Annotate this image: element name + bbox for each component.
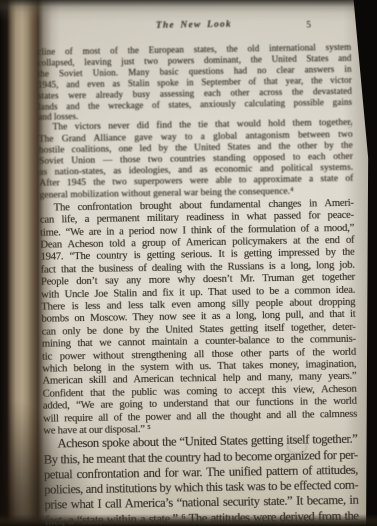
book-page-photo: The New Look 5 cline of most of the Euro…: [0, 0, 377, 526]
paragraph: The victors never did find the tie that …: [38, 118, 353, 201]
pencil-mark: 3: [348, 120, 353, 130]
page-content: The New Look 5 cline of most of the Euro…: [37, 18, 359, 526]
page-body: cline of most of the European states, th…: [37, 42, 359, 526]
stain-mark: [287, 439, 307, 454]
paragraph: cline of most of the European states, th…: [37, 42, 352, 123]
paragraph: The confrontation brought about fundamen…: [40, 197, 358, 438]
page-number: 5: [306, 19, 311, 29]
paragraph: Acheson spoke about the “United States g…: [43, 432, 358, 526]
